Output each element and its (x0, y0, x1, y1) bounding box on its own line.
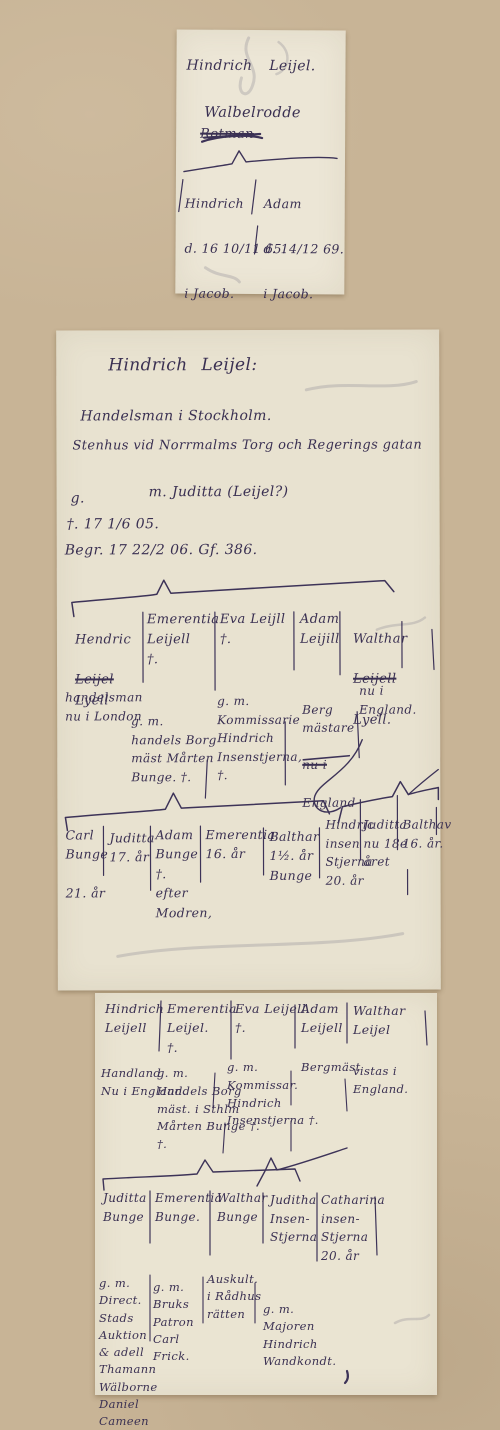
person-name: Walthar (353, 632, 408, 647)
person-struck-surname: Leijel (75, 673, 114, 688)
gen1-person: Emerentia Leijel. †. (167, 999, 237, 1057)
gen2-person: Juditta Bunge (103, 1189, 147, 1226)
card-family-name: Walbelrodde (204, 102, 301, 125)
gen2-person: Catharina insen- Stjerna 20. år (321, 1191, 385, 1265)
ink-stray-mark (345, 1371, 348, 1383)
note-text: Berg mästare (302, 702, 354, 735)
descent-bracket-right (257, 1148, 347, 1186)
pencil-smudge (395, 1315, 429, 1323)
gen2-person: Balthar 1½. år Bunge (269, 827, 319, 885)
career-note: Auskult. i Rådhus rätten (207, 1271, 261, 1323)
residence-line: Stenhus vid Norrmalms Torg och Regerings… (72, 436, 422, 457)
card-title: Hindrich Leijel. (186, 56, 315, 78)
note-struck-text: nu i (302, 758, 327, 772)
gen1-note: g. m. handels Borg mäst Mårten Bunge. †. (131, 712, 217, 787)
gen1-person: Walthar Leijel (353, 1001, 406, 1040)
note-text: England (302, 795, 355, 809)
marriage-note: g. m. Majoren Hindrich Wandkondt. (263, 1301, 336, 1370)
gen1-person: Eva Leijll †. (220, 610, 286, 650)
gen1-note: g. m. Kommissarie Hindrich Insenstjerna,… (217, 692, 302, 785)
gen2-person: Emerentia 16. år (205, 825, 275, 864)
gen2-person: Juditta nu 18e året (363, 816, 407, 872)
pencil-smudge (118, 934, 403, 957)
marriage-line: m. Juditta (Leijel?) (149, 482, 289, 504)
column-divider (179, 180, 183, 212)
card-child-entry: Adam d. 14/12 69. i Jacob. (263, 170, 344, 305)
gen1-note: Bergmäst (301, 1059, 361, 1077)
gen1-note: vistas i England. (353, 1063, 408, 1099)
death-line: †. 17 1/6 05. (67, 514, 160, 536)
paper-sheet-bottom: Hindrich Leijell Emerentia Leijel. †. Ev… (95, 993, 437, 1395)
marriage-note: g. m. Direct. Stads Auktion & adell Tham… (99, 1275, 158, 1430)
marriage-g: g. (71, 488, 85, 510)
gen2-person: Adam Bunge †. efter Modren, (155, 825, 212, 922)
child-death-date: d. 14/12 69. (264, 241, 345, 256)
gen2-person: Carl Bunge 21. år (65, 825, 108, 903)
child-parish: i Jacob. (184, 285, 234, 300)
descent-diagonal (408, 770, 438, 795)
gen1-note: nu i England. (359, 682, 417, 719)
gen1-person: Emerentia Leijell †. (147, 610, 220, 671)
burial-line: Begr. 17 22/2 06. Gf. 386. (65, 540, 258, 562)
gen1-person: Adam Leijell (301, 999, 343, 1038)
gen2-person: Walthar Bunge (217, 1189, 268, 1226)
paper-card-top: Hindrich Leijel. Walbelrodde Rotman Hind… (175, 30, 345, 295)
gen1-person: Eva Leijell †. (235, 999, 306, 1038)
card-struck-name: Rotman (200, 125, 254, 145)
sheet-title: Hindrich Leijel: (108, 352, 257, 379)
child-name: Hindrich (185, 195, 244, 210)
gen1-person: Adam Leijill (300, 610, 340, 650)
child-name: Adam (264, 196, 302, 211)
gen1-note: Berg mästare nu i England (302, 682, 356, 812)
paper-sheet-main: Hindrich Leijel: Handelsman i Stockholm.… (56, 329, 441, 990)
gen1-person: Hindrich Leijell (105, 999, 164, 1038)
person-name: Hendric (75, 632, 131, 647)
occupation-line: Handelsman i Stockholm. (80, 406, 271, 428)
gen2-person: Juditha Insen- Stjerna (270, 1191, 317, 1247)
gen2-person: Balthav 16. år. (402, 815, 451, 852)
gen2-person: Juditta 17. år (109, 828, 154, 867)
gen2-person: Emerentia Bunge. (155, 1189, 222, 1226)
pencil-smudge (306, 382, 416, 390)
marriage-note: g. m. Bruks Patron Carl Frick. (153, 1279, 194, 1365)
descent-bracket-left (103, 1160, 300, 1190)
child-parish: i Jacob. (263, 286, 313, 301)
